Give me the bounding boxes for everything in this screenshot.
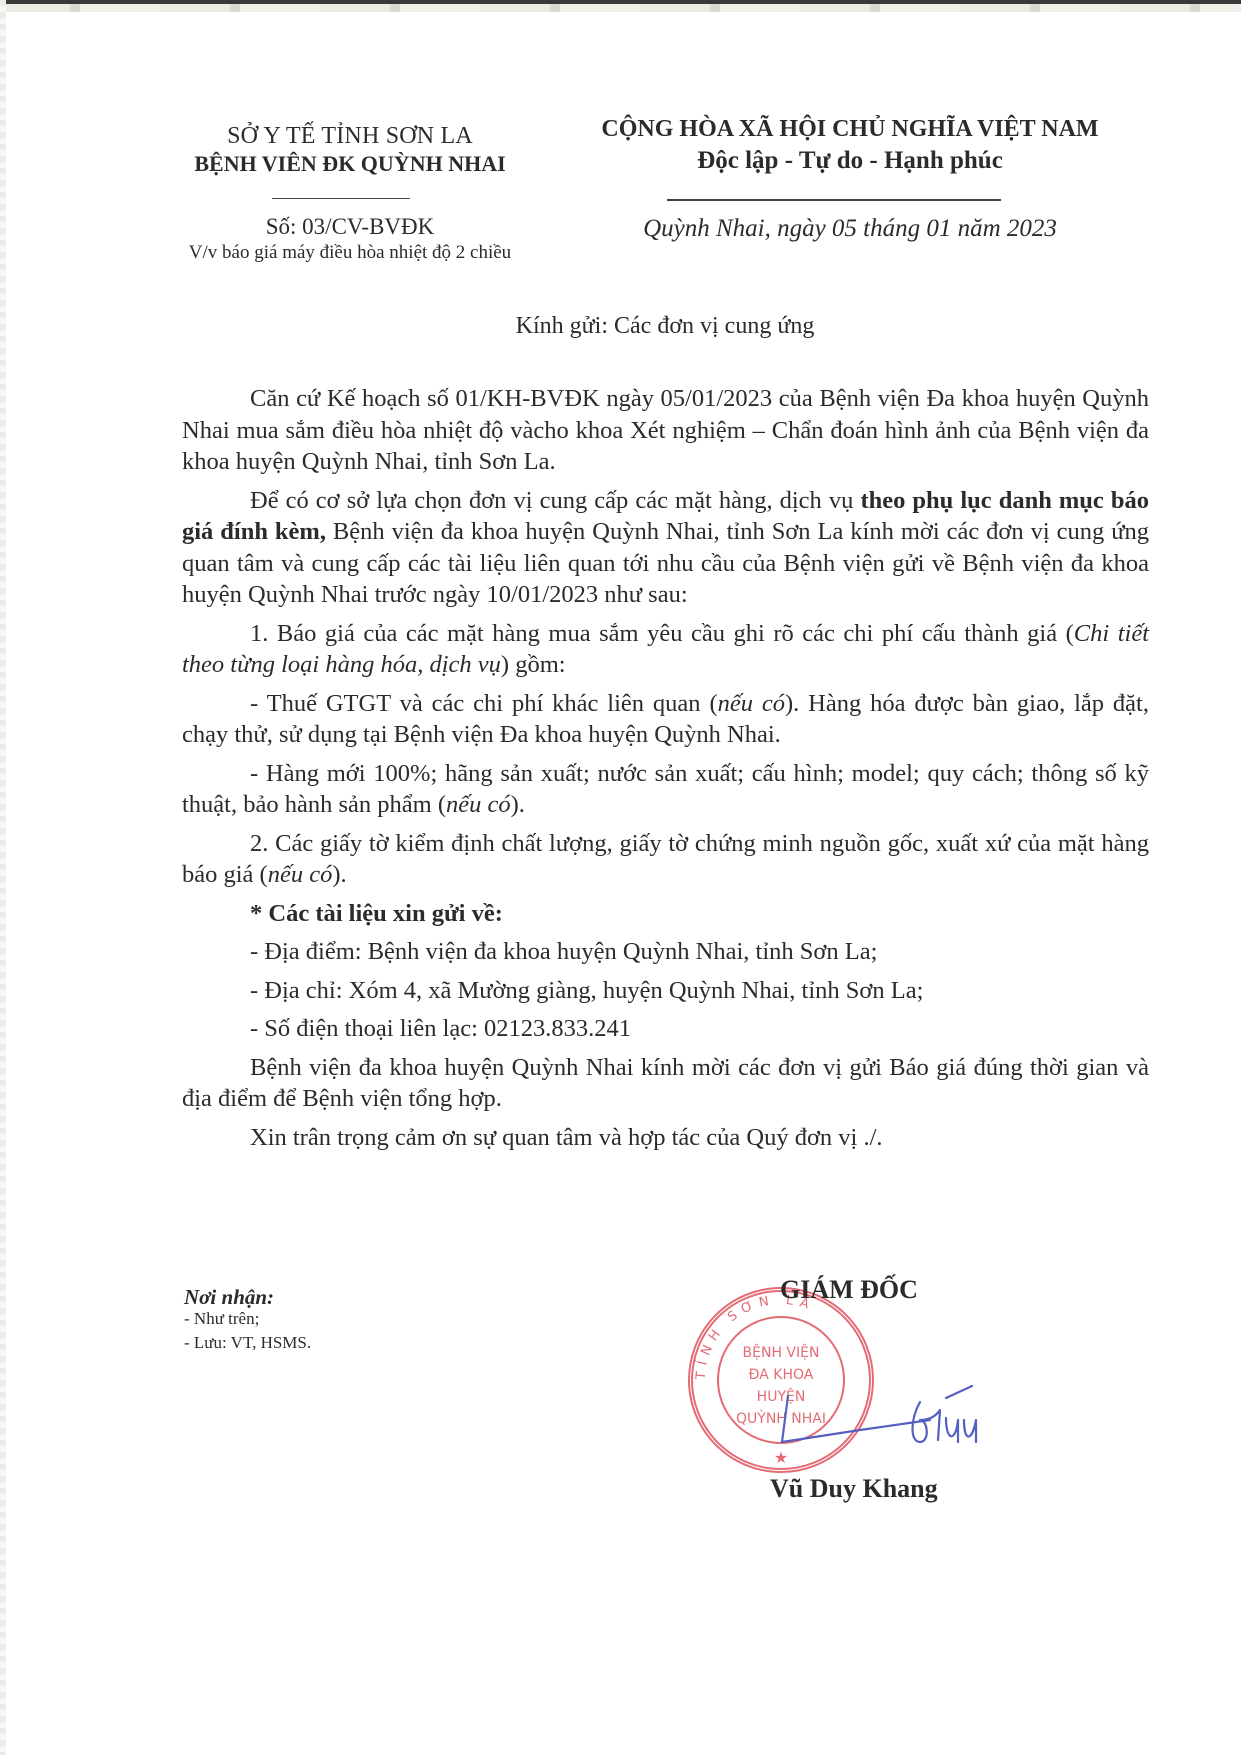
- national-motto: Độc lập - Tự do - Hạnh phúc: [570, 144, 1130, 178]
- send-address: - Địa chỉ: Xóm 4, xã Mường giàng, huyện …: [182, 975, 1149, 1007]
- item-1a: - Thuế GTGT và các chi phí khác liên qua…: [182, 688, 1149, 751]
- nation-title: CỘNG HÒA XÃ HỘI CHỦ NGHĨA VIỆT NAM: [570, 114, 1130, 144]
- send-heading: * Các tài liệu xin gửi về:: [182, 898, 1149, 930]
- paragraph-thanks: Xin trân trọng cảm ơn sự quan tâm và hợp…: [182, 1122, 1149, 1154]
- paragraph-basis: Căn cứ Kế hoạch số 01/KH-BVĐK ngày 05/01…: [182, 383, 1149, 478]
- signer-title: GIÁM ĐỐC: [780, 1275, 918, 1305]
- organization-name: BỆNH VIÊN ĐK QUỲNH NHAI: [140, 150, 560, 178]
- national-heading: CỘNG HÒA XÃ HỘI CHỦ NGHĨA VIỆT NAM Độc l…: [570, 114, 1130, 178]
- agency-name: SỞ Y TẾ TỈNH SƠN LA: [140, 122, 560, 150]
- item-1: 1. Báo giá của các mặt hàng mua sắm yêu …: [182, 618, 1149, 681]
- scan-edge-texture: [0, 4, 1241, 12]
- text: ).: [511, 791, 525, 818]
- issuing-authority: SỞ Y TẾ TỈNH SƠN LA BỆNH VIÊN ĐK QUỲNH N…: [140, 122, 560, 178]
- italic-text: nếu có: [718, 690, 785, 717]
- recipient-item: - Lưu: VT, HSMS.: [184, 1332, 311, 1354]
- document-reference: Số: 03/CV-BVĐK V/v báo giá máy điều hòa …: [140, 213, 560, 265]
- paragraph-closing-invite: Bệnh viện đa khoa huyện Quỳnh Nhai kính …: [182, 1052, 1149, 1115]
- scan-edge-left: [0, 0, 6, 1755]
- italic-text: nếu có: [446, 791, 511, 818]
- separator-left: [272, 198, 410, 199]
- text: 1. Báo giá của các mặt hàng mua sắm yêu …: [250, 620, 1074, 647]
- send-location: - Địa điểm: Bệnh viện đa khoa huyện Quỳn…: [182, 936, 1149, 968]
- text: ) gồm:: [501, 651, 566, 678]
- signer-name: Vũ Duy Khang: [770, 1474, 938, 1504]
- recipient-line: Kính gửi: Các đơn vị cung ứng: [180, 311, 1150, 341]
- signature-icon: [760, 1350, 1020, 1470]
- italic-text: nếu có: [268, 861, 333, 888]
- text: Để có cơ sở lựa chọn đơn vị cung cấp các…: [250, 487, 860, 514]
- separator-right: [667, 199, 1001, 201]
- text: ).: [332, 861, 346, 888]
- text: - Thuế GTGT và các chi phí khác liên qua…: [250, 690, 718, 717]
- recipients-title: Nơi nhận:: [184, 1285, 274, 1310]
- paragraph-invitation: Để có cơ sở lựa chọn đơn vị cung cấp các…: [182, 485, 1149, 611]
- document-body: Căn cứ Kế hoạch số 01/KH-BVĐK ngày 05/01…: [182, 383, 1149, 1153]
- item-2: 2. Các giấy tờ kiểm định chất lượng, giấ…: [182, 828, 1149, 891]
- document-number: Số: 03/CV-BVĐK: [140, 213, 560, 241]
- contact-phone: - Số điện thoại liên lạc: 02123.833.241: [182, 1013, 1149, 1045]
- recipient-item: - Như trên;: [184, 1308, 259, 1330]
- text: Bệnh viện đa khoa huyện Quỳnh Nhai, tỉnh…: [182, 518, 1149, 608]
- text: - Hàng mới 100%; hãng sản xuất; nước sản…: [182, 760, 1149, 819]
- item-1b: - Hàng mới 100%; hãng sản xuất; nước sản…: [182, 758, 1149, 821]
- place-date: Quỳnh Nhai, ngày 05 tháng 01 năm 2023: [570, 213, 1130, 245]
- document-subject: V/v báo giá máy điều hòa nhiệt độ 2 chiề…: [140, 241, 560, 265]
